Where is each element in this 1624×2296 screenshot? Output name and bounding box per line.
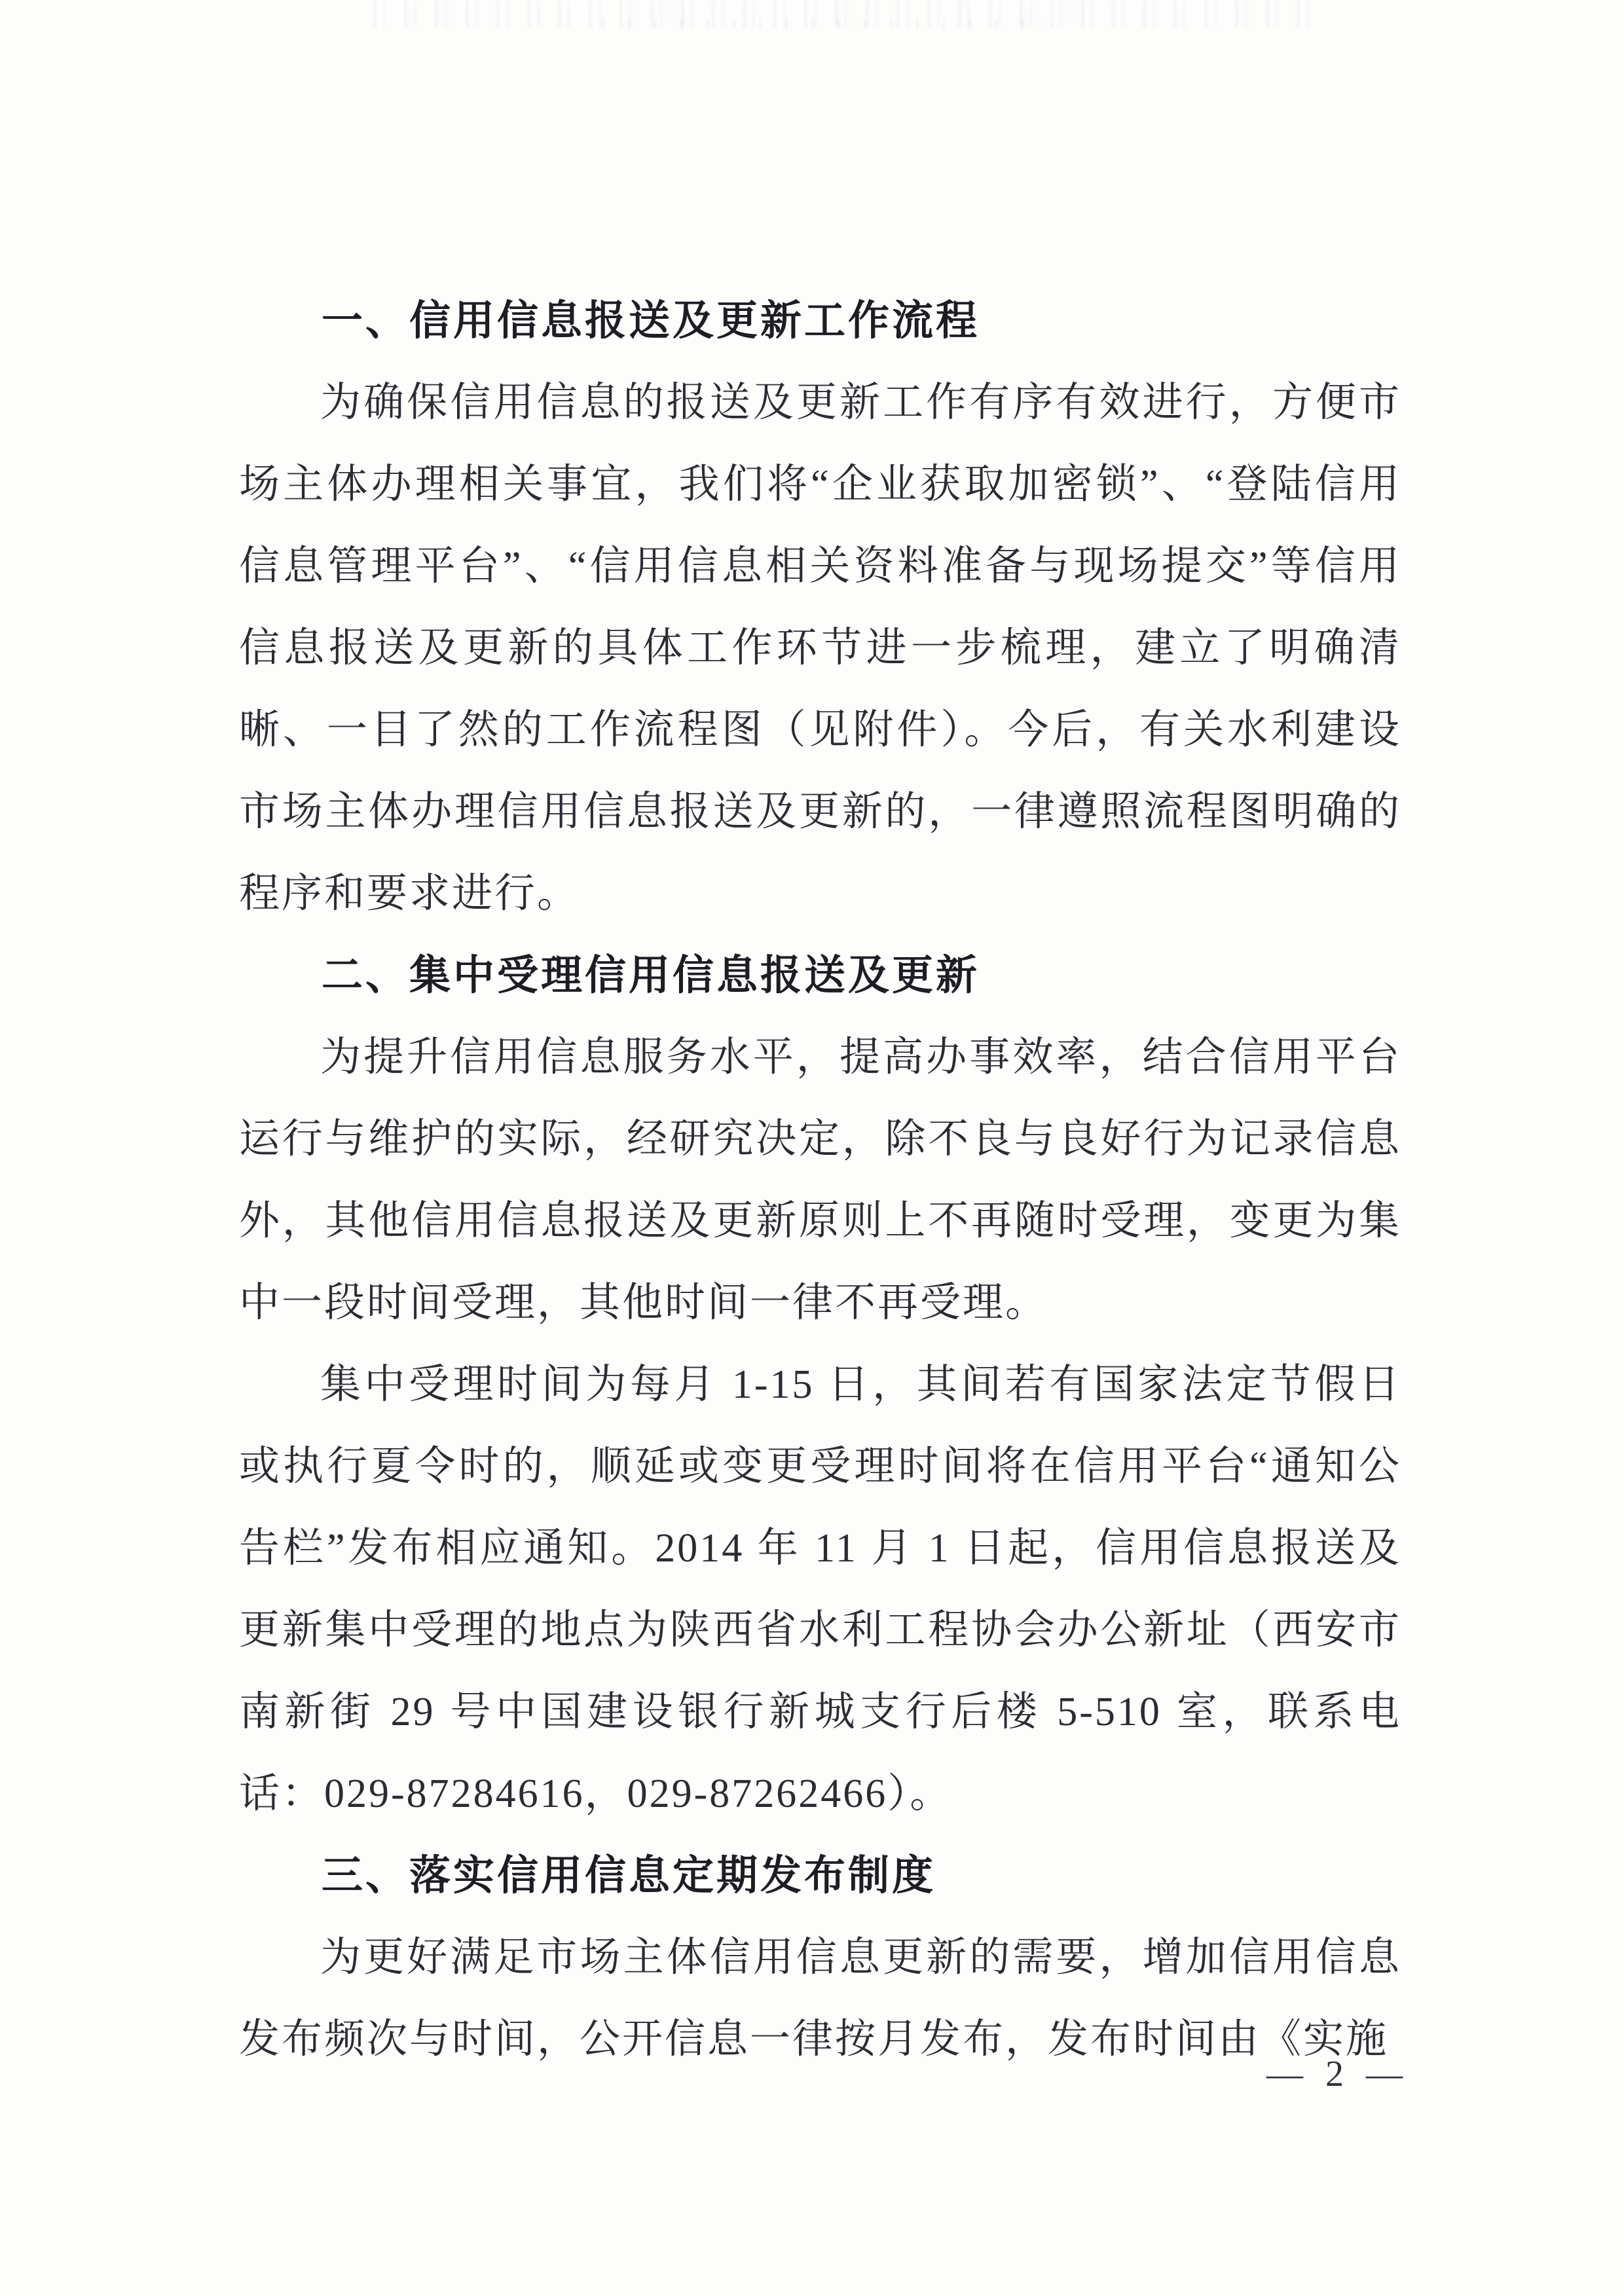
scan-artifact-top-secondary <box>589 18 1048 29</box>
section-2-paragraph-2: 集中受理时间为每月 1-15 日，其间若有国家法定节假日或执行夏令时的，顺延或变… <box>239 1344 1401 1835</box>
document-body: 一、信用信息报送及更新工作流程 为确保信用信息的报送及更新工作有序有效进行，方便… <box>239 280 1401 2081</box>
page-number: — 2 — <box>1266 2048 1409 2100</box>
section-2-paragraph-1: 为提升信用信息服务水平，提高办事效率，结合信用平台运行与维护的实际，经研究决定，… <box>239 1017 1401 1344</box>
section-2-heading: 二、集中受理信用信息报送及更新 <box>239 935 1401 1017</box>
section-3-paragraph-1: 为更好满足市场主体信用信息更新的需要，增加信用信息发布频次与时间，公开信息一律按… <box>239 1917 1401 2081</box>
scanned-document-page: 一、信用信息报送及更新工作流程 为确保信用信息的报送及更新工作有序有效进行，方便… <box>0 0 1624 2296</box>
section-1-paragraph-1: 为确保信用信息的报送及更新工作有序有效进行，方便市场主体办理相关事宜，我们将“企… <box>239 362 1401 935</box>
section-1-heading: 一、信用信息报送及更新工作流程 <box>239 280 1401 362</box>
section-3-heading: 三、落实信用信息定期发布制度 <box>239 1835 1401 1917</box>
